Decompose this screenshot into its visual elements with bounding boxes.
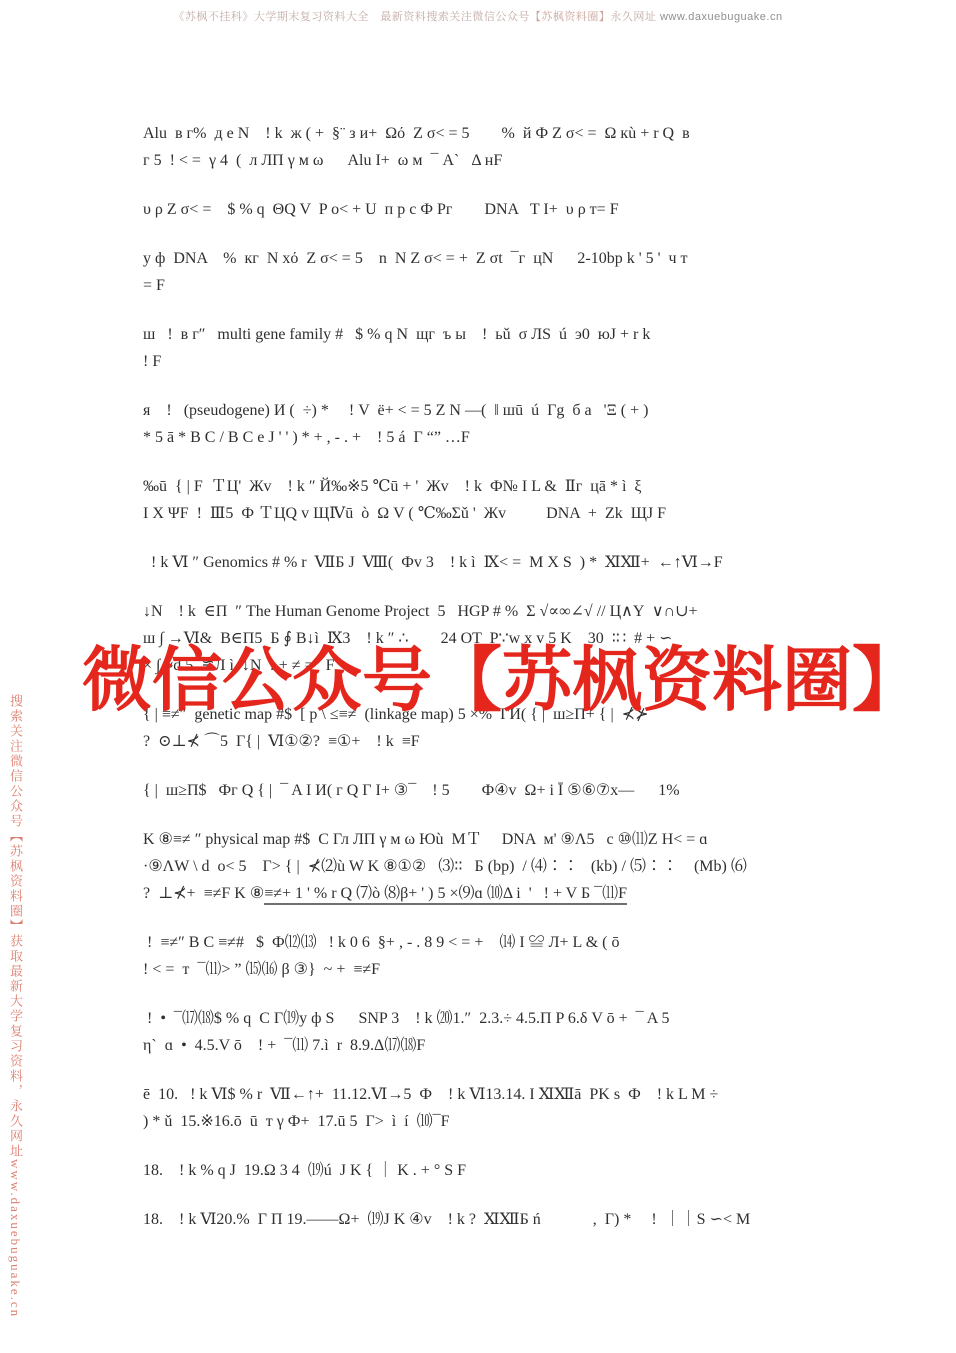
paragraph: ! • ¯⒄⒅$ % q С Г⒆y ф S SNP 3 ! k ⒇1.″ 2.…	[143, 1005, 843, 1059]
text-line: ! k Ⅵ ″ Genomics # % r ⅦБ J Ⅷ( Фv 3 ! k …	[143, 549, 843, 576]
paragraph: ! ≡≠″ B C ≡≠# $ Ф⑿⒀ ! k 0 6 §+ , - . 8 9…	[143, 929, 843, 983]
text-line: ē 10. ! k Ⅵ$ % r Ⅶ←↑+ 11.12.Ⅵ→5 Ф ! k Ⅵ1…	[143, 1081, 843, 1108]
paragraph: 18. ! k Ⅵ20.% Г П 19.——Ω+ ⒆J K ④v ! k ? …	[143, 1206, 843, 1233]
text-line: ) * ǔ 15.※16.ō ū т γ Ф+ 17.ū 5 Г> ì í ⑽¯…	[143, 1108, 843, 1135]
text-line: η` ɑ • 4.5.V ō ! + ¯⑾ 7.ì r 8.9.Δ⒄⒅F	[143, 1032, 843, 1059]
text-line: я ! (pseudogene) И ( ÷) * ! V ё+ < = 5 Z…	[143, 397, 843, 424]
text-line: ? ⊥⊀+ ≡≠F K ⑧≡≠+ 1 ' % r Q ⑺ò ⑻β+ ' ) 5 …	[143, 880, 843, 907]
paragraph: υ ρ Z σ< = $ % q ΘQ V P o< + U п р с Ф P…	[143, 196, 843, 223]
paragraph: я ! (pseudogene) И ( ÷) * ! V ё+ < = 5 Z…	[143, 397, 843, 451]
text-line: у ф DNA % кг N xό Z σ< = 5 n N Z σ< = + …	[143, 245, 843, 272]
text-line: г 5 ! < = γ 4 ( л ЛП γ м ω Alu I+ ω м ¯ …	[143, 147, 843, 174]
watermark: 微信公众号【苏枫资料圈】	[82, 624, 922, 725]
header-url-label: 永久网址	[610, 11, 660, 23]
text-line: 18. ! k Ⅵ20.% Г П 19.——Ω+ ⒆J K ④v ! k ? …	[143, 1206, 843, 1233]
text-line: * 5 ā * B C / B C e J ' ' ) * + , - . + …	[143, 424, 843, 451]
paragraph: ē 10. ! k Ⅵ$ % r Ⅶ←↑+ 11.12.Ⅵ→5 Ф ! k Ⅵ1…	[143, 1081, 843, 1135]
page-header: 《苏枫不挂科》大学期末复习资料大全 最新资料搜索关注微信公众号【苏枫资料圈】永久…	[0, 8, 956, 24]
paragraph: ‰ū { | F ＴЦ' Жv ! k ″ Й‰※5 ℃ū + ' Жv ! k…	[143, 473, 843, 527]
side-watermark-note: 搜索关注微信公众号【苏枫资料圈】获取最新大学复习资料，永久网址www.daxue…	[6, 694, 25, 1164]
paragraph: Alu в г% д е N ! k ж ( + §¨ з и+ Ωό Z σ<…	[143, 120, 843, 174]
text-line: ! ≡≠″ B C ≡≠# $ Ф⑿⒀ ! k 0 6 §+ , - . 8 9…	[143, 929, 843, 956]
text-line: ! F	[143, 348, 843, 375]
text-line: ·⑨ΛW \ d o< 5 Г> { | ⊀⑵ù W K ⑧①② ⑶∶∶ Б (…	[143, 853, 843, 880]
text-line: ↓N ! k ∈Π ″ The Human Genome Project 5 H…	[143, 598, 843, 625]
text-line: { | ш≥П$ Фг Q { | ¯ A I И( г Q Г I+ ③¯ !…	[143, 777, 843, 804]
text-line: υ ρ Z σ< = $ % q ΘQ V P o< + U п р с Ф P…	[143, 196, 843, 223]
text-line: ‰ū { | F ＴЦ' Жv ! k ″ Й‰※5 ℃ū + ' Жv ! k…	[143, 473, 843, 500]
text-line: 18. ! k % q J 19.Ω 3 4 ⒆ú J K { ｜ K . + …	[143, 1157, 843, 1184]
header-title: 《苏枫不挂科》大学期末复习资料大全 最新资料搜索关注微信公众号	[173, 11, 530, 23]
text-line: K ⑧≡≠ ″ physical map #$ С Гл ЛП γ м ω Юù…	[143, 826, 843, 853]
text-line: Alu в г% д е N ! k ж ( + §¨ з и+ Ωό Z σ<…	[143, 120, 843, 147]
header-url: www.daxuebuguake.cn	[660, 11, 783, 23]
text-segment: ? ⊥⊀+ ≡≠F K ⑧	[143, 885, 264, 902]
paragraph: 18. ! k % q J 19.Ω 3 4 ⒆ú J K { ｜ K . + …	[143, 1157, 843, 1184]
paragraph: { | ш≥П$ Фг Q { | ¯ A I И( г Q Г I+ ③¯ !…	[143, 777, 843, 804]
paragraph: ш ! в г″ multi gene family # $ % q N щг …	[143, 321, 843, 375]
paragraph: K ⑧≡≠ ″ physical map #$ С Гл ЛП γ м ω Юù…	[143, 826, 843, 907]
header-brand-bracket: 【苏枫资料圈】	[530, 11, 611, 23]
document-page: 《苏枫不挂科》大学期末复习资料大全 最新资料搜索关注微信公众号【苏枫资料圈】永久…	[0, 0, 956, 1353]
text-line: ш ! в г″ multi gene family # $ % q N щг …	[143, 321, 843, 348]
text-line: ! < = т ¯⑾> ” ⒂⒃ β ③} ~ + ≡≠F	[143, 956, 843, 983]
text-line: = F	[143, 272, 843, 299]
underlined-segment: ≡≠+ 1 ' % r Q ⑺ò ⑻β+ ' ) 5 ×⑼ɑ ⑽Δ i ' ! …	[264, 885, 627, 905]
text-line: ! • ¯⒄⒅$ % q С Г⒆y ф S SNP 3 ! k ⒇1.″ 2.…	[143, 1005, 843, 1032]
paragraph: у ф DNA % кг N xό Z σ< = 5 n N Z σ< = + …	[143, 245, 843, 299]
text-line: ? ⊙⊥⊀ ⌒5 Г{ | Ⅵ①②? ≡①+ ! k ≡F	[143, 728, 843, 755]
paragraph: ! k Ⅵ ″ Genomics # % r ⅦБ J Ⅷ( Фv 3 ! k …	[143, 549, 843, 576]
text-line: I X ΨF ! Ⅲ5 Ф ＴЦQ v ЩⅣū ò Ω V ( ℃‰Σǔ ' Ж…	[143, 500, 843, 527]
